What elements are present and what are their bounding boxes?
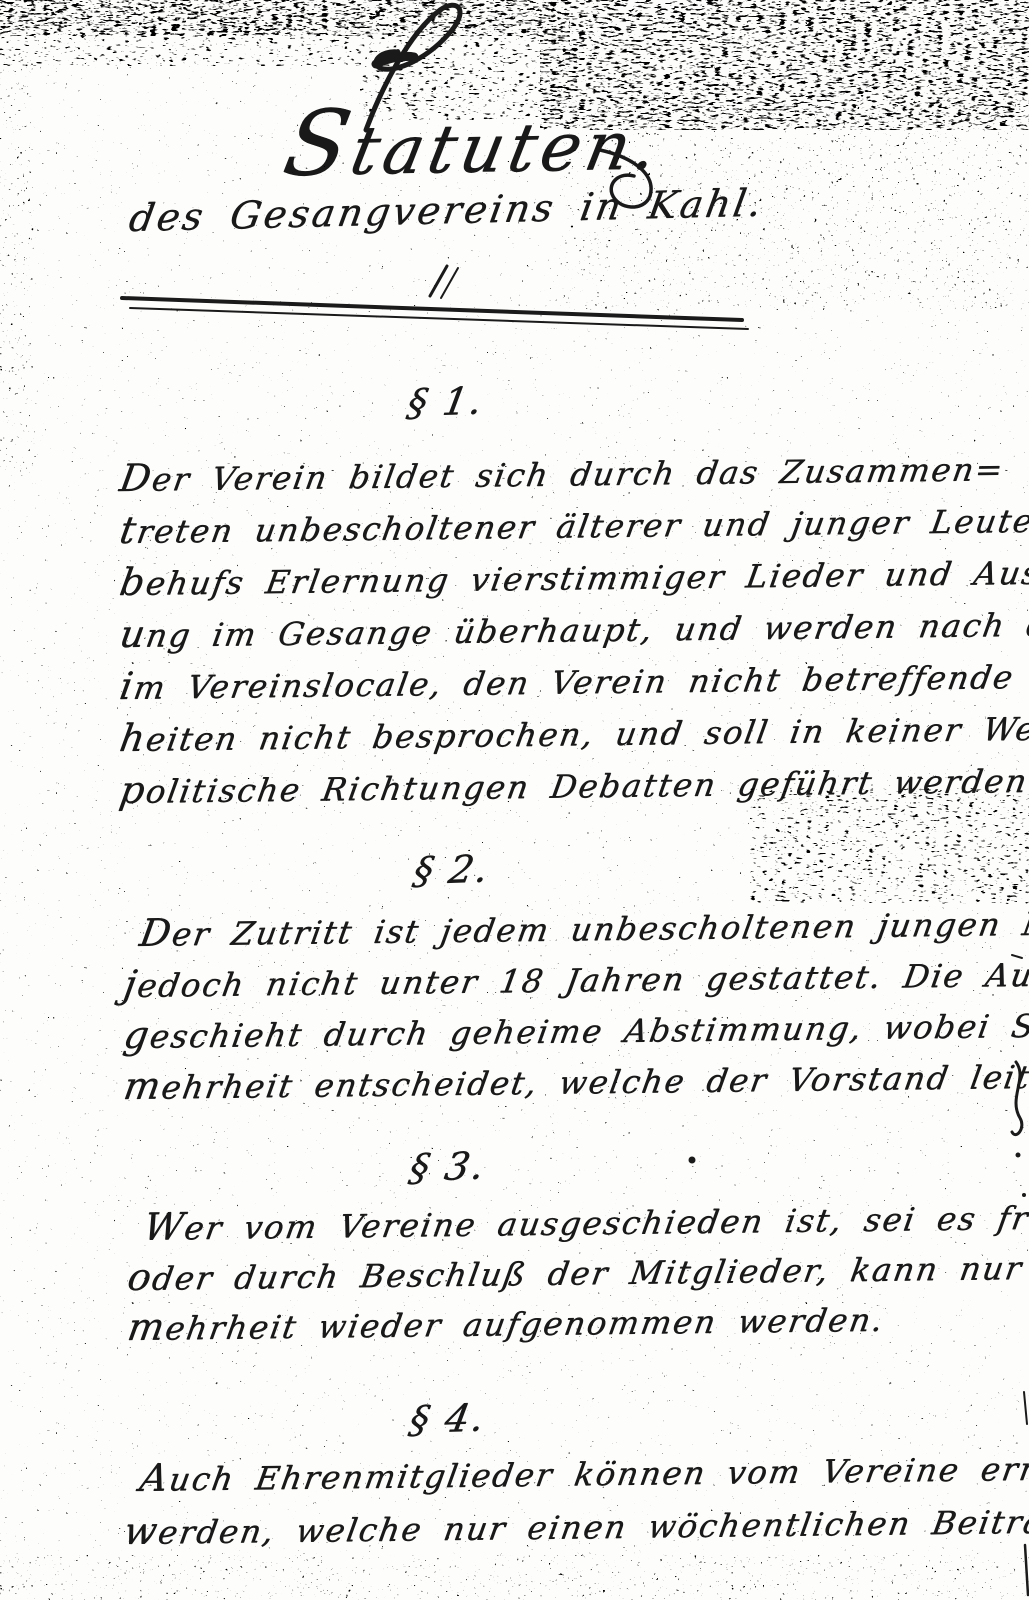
section-1-paragraph: Der Verein bildet sich durch das Zusamme… <box>116 452 1029 816</box>
section-4-heading: § 4. <box>406 1395 490 1442</box>
document-title: Statuten. <box>276 85 673 197</box>
document-subtitle: des Gesangvereins in Kahl. <box>126 181 768 240</box>
double-rule-divider <box>122 298 748 329</box>
section-1-heading: § 1. <box>404 378 488 425</box>
small-stroke-ornament <box>430 266 458 298</box>
section-3-paragraph: Wer vom Vereine ausgeschieden ist, sei e… <box>124 1202 1029 1352</box>
section-4-paragraph: Auch Ehrenmitglieder können vom Vereine … <box>120 1452 1029 1558</box>
section-2-heading: § 2. <box>410 846 494 893</box>
section-3-heading: § 3. <box>406 1143 490 1190</box>
stray-ink-dot <box>689 1157 696 1164</box>
scanned-manuscript-page: Statuten. des Gesangvereins in Kahl. § 1… <box>0 0 1029 1600</box>
section-2-paragraph: Der Zutritt ist jedem unbescholtenen jun… <box>120 908 1029 1112</box>
